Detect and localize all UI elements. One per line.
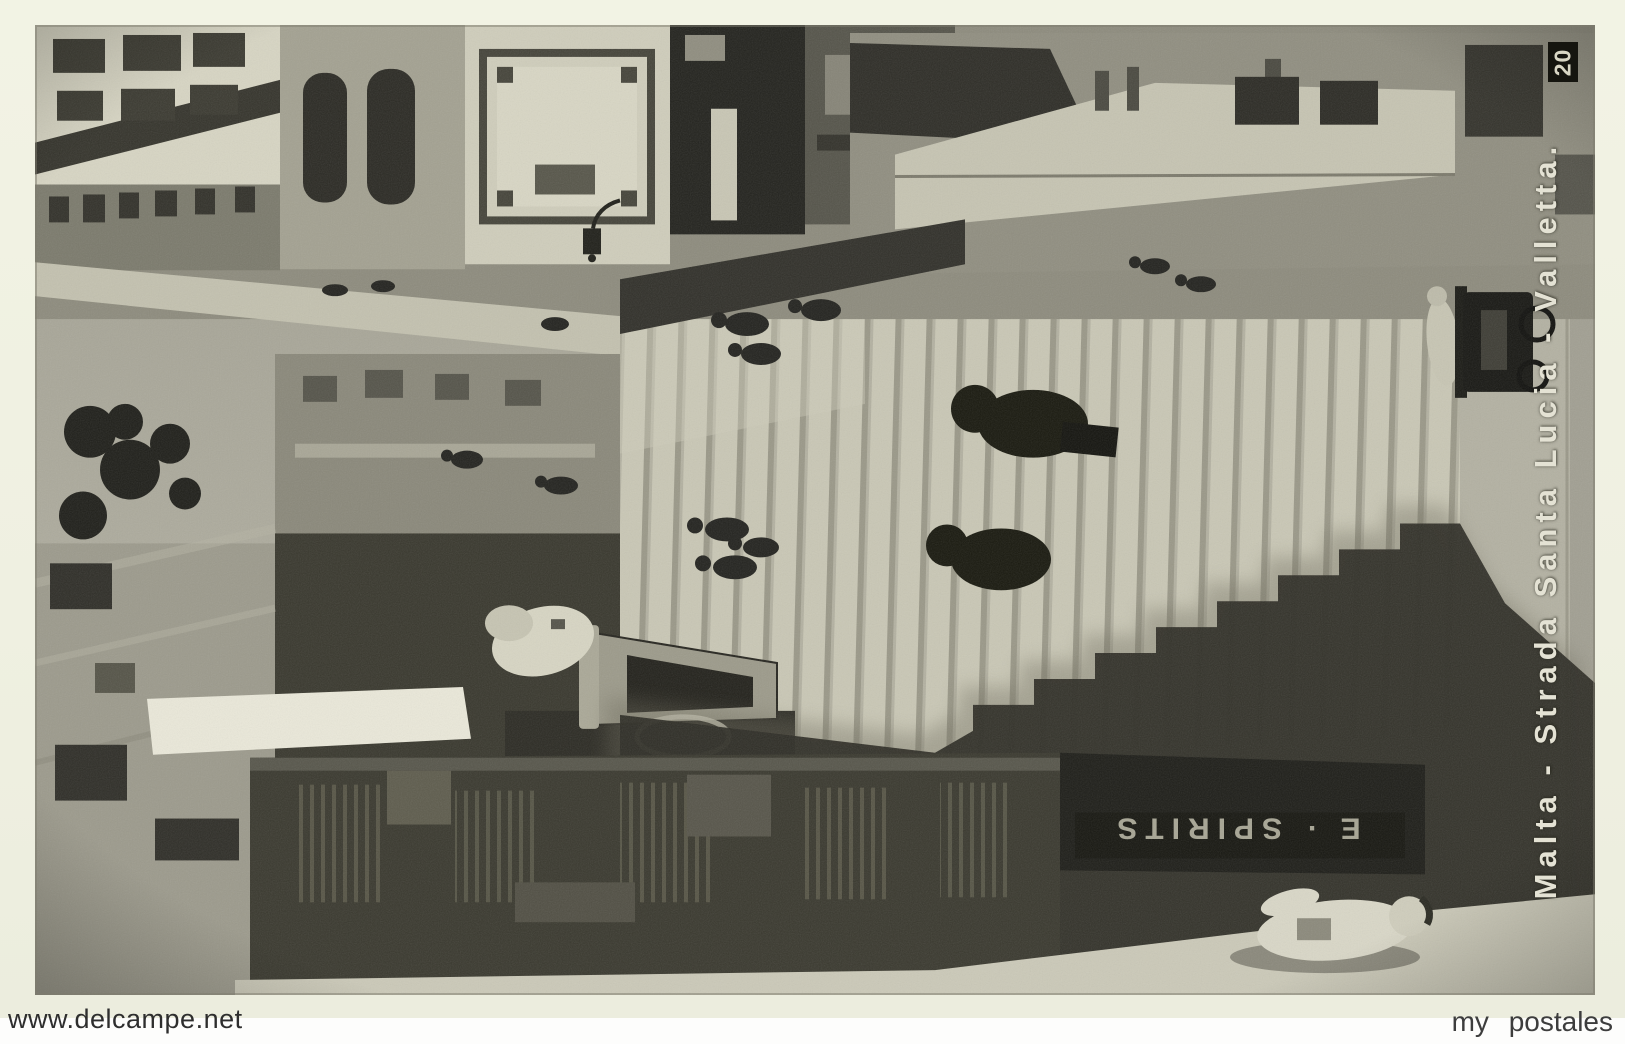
postcard-photo: E · SPIRITS bbox=[35, 25, 1595, 995]
postcard-caption: Malta - Strada Santa Lucia - Valletta. bbox=[1526, 40, 1566, 1000]
card-number-badge: 20 bbox=[1548, 42, 1578, 82]
watermark-delcampe: www.delcampe.net bbox=[8, 1004, 243, 1035]
vignette bbox=[35, 25, 1595, 995]
postcard-paper: E · SPIRITS Malta - Stra bbox=[0, 0, 1625, 1018]
card-number-text: 20 bbox=[1550, 48, 1577, 76]
watermark-mypostales: my postales bbox=[1452, 1006, 1613, 1038]
page-background: E · SPIRITS Malta - Stra bbox=[0, 0, 1625, 1044]
photo-illustration: E · SPIRITS bbox=[35, 25, 1595, 995]
